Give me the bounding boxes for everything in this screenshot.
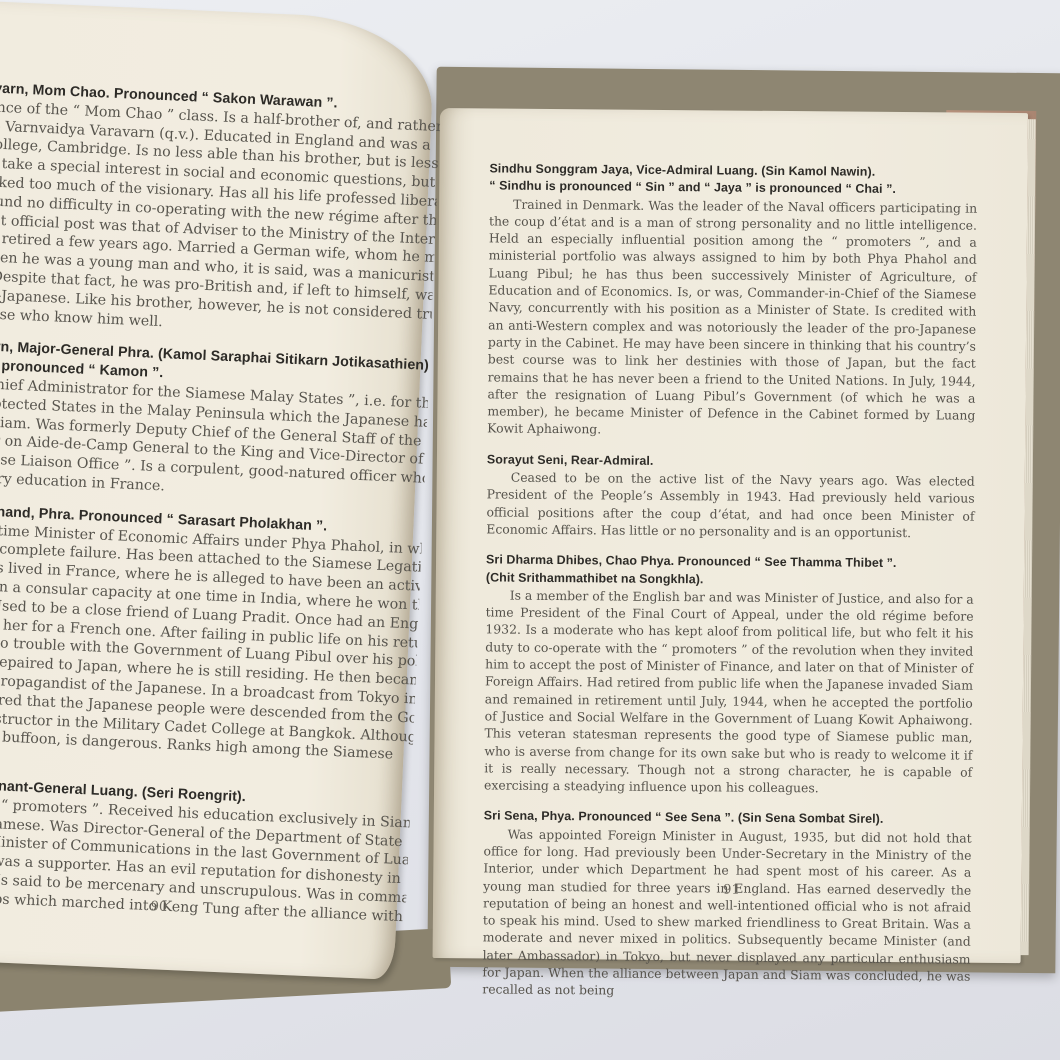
page-91: Sindhu Songgram Jaya, Vice-Admiral Luang…: [433, 108, 1028, 963]
entry-body: Trained in Denmark. Was the leader of th…: [487, 195, 977, 441]
entry-seri-roengrit: Lieutenant-General Luang. (Seri Roengrit…: [0, 776, 411, 927]
entry-body: “ Chief Administrator for the Siamese Ma…: [0, 375, 428, 508]
entry-varavarn: avarn, Mom Chao. Pronounced “ Sakon Wara…: [0, 79, 441, 343]
left-page-text: avarn, Mom Chao. Pronounced “ Sakon Wara…: [0, 79, 441, 941]
entry-body: of the “ promoters ”. Received his educa…: [0, 794, 410, 927]
entry-body: Is a member of the English bar and was M…: [484, 586, 974, 798]
entry-pholakhand: olakhand, Phra. Pronounced “ Sarasart Ph…: [0, 502, 423, 766]
entry-sitikarn: ikarn, Major-General Phra. (Kamol Saraph…: [0, 337, 430, 507]
entry-heading: Sindhu Songgram Jaya, Vice-Admiral Luang…: [489, 160, 977, 199]
page-number: 91: [723, 883, 740, 898]
entry-body: Ceased to be on the active list of the N…: [486, 468, 975, 541]
entry-heading: Sri Dharma Dhibes, Chao Phya. Pronounced…: [486, 552, 974, 591]
entry-sorayut-seni: Sorayut Seni, Rear-Admiral. Ceased to be…: [486, 451, 975, 542]
page-90: avarn, Mom Chao. Pronounced “ Sakon Wara…: [0, 0, 436, 980]
entry-body: Was appointed Foreign Minister in August…: [482, 825, 971, 1002]
page-number: 90: [150, 899, 167, 915]
entry-sri-dharma-dhibes: Sri Dharma Dhibes, Chao Phya. Pronounced…: [484, 552, 974, 798]
entry-body: one time Minister of Economic Affairs un…: [0, 520, 422, 765]
book-photo: Sindhu Songgram Jaya, Vice-Admiral Luang…: [0, 0, 1060, 1060]
entry-sindhu-songgram: Sindhu Songgram Jaya, Vice-Admiral Luang…: [487, 160, 977, 441]
entry-body: rince of the “ Mom Chao ” class. Is a ha…: [0, 98, 440, 343]
entry-sri-sena: Sri Sena, Phya. Pronounced “ See Sena ”.…: [482, 808, 972, 1003]
